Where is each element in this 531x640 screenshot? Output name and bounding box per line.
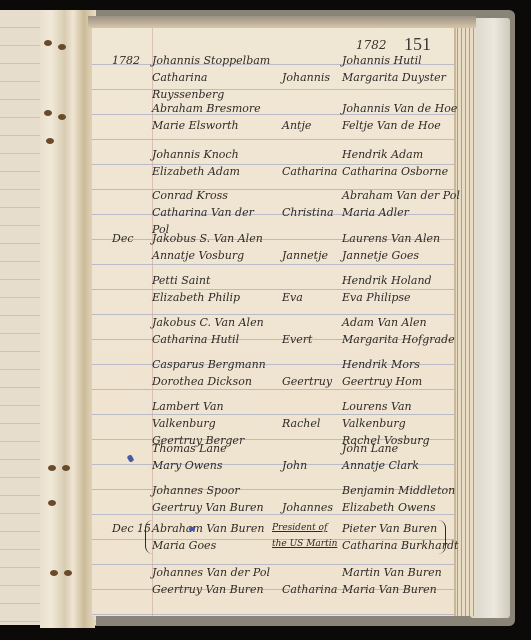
stitch-hole xyxy=(48,500,56,506)
sponsor: Hendrik Mors xyxy=(342,356,462,373)
child-name: Johannis xyxy=(282,69,330,86)
sponsor: Catharina Osborne xyxy=(342,163,462,180)
stitch-hole xyxy=(58,114,66,120)
blue-ink-mark xyxy=(189,527,195,531)
parents: Casparus BergmannDorothea Dickson xyxy=(152,356,272,390)
mother: Geertruy Van Buren xyxy=(152,581,272,598)
sponsors: Benjamin MiddletonElizabeth Owens xyxy=(342,482,462,516)
parents: Johannis KnochElizabeth Adam xyxy=(152,146,272,180)
parents: Petti SaintElizabeth Philip xyxy=(152,272,272,306)
sponsor: Martin Van Buren xyxy=(342,564,462,581)
sponsor: Benjamin Middleton xyxy=(342,482,462,499)
child-name: Catharina xyxy=(282,163,337,180)
sponsors: Johannis HutilMargarita Duyster xyxy=(342,52,462,86)
mother: Elizabeth Philip xyxy=(152,289,272,306)
parents: Abraham Van BurenMaria Goes xyxy=(152,520,272,554)
child-name: President of the US Martin xyxy=(272,520,342,552)
child-name: Geertruy xyxy=(282,373,332,390)
sponsor: Laurens Van Alen xyxy=(342,230,462,247)
sponsors: Adam Van AlenMargarita Hofgrade xyxy=(342,314,462,348)
sponsor: Eva Philipse xyxy=(342,289,462,306)
sponsor: Lourens Van Valkenburg xyxy=(342,398,462,432)
mother: Marie Elsworth xyxy=(152,117,272,134)
sponsor: Abraham Van der Pol xyxy=(342,187,462,204)
sponsor: Margarita Duyster xyxy=(342,69,462,86)
sponsor: Feltje Van de Hoe xyxy=(342,117,462,134)
sponsor: Geertruy Hom xyxy=(342,373,462,390)
entries-container: 1782 Johannis StoppelbamCatharina Ruysse… xyxy=(92,0,454,640)
sponsor: Margarita Hofgrade xyxy=(342,331,462,348)
stitch-hole xyxy=(44,40,52,46)
parents: Johannes SpoorGeertruy Van Buren xyxy=(152,482,272,516)
father: Casparus Bergmann xyxy=(152,356,272,373)
stitch-hole xyxy=(46,138,54,144)
father: Conrad Kross xyxy=(152,187,272,204)
father: Thomas Lane xyxy=(152,440,272,457)
stitch-hole xyxy=(48,465,56,471)
mother: Catharina Hutil xyxy=(152,331,272,348)
parents: Johannis StoppelbamCatharina Ruyssenberg xyxy=(152,52,272,103)
sponsor: Johannis Van de Hoe xyxy=(342,100,462,117)
parents: Thomas LaneMary Owens xyxy=(152,440,272,474)
father: Johannis Knoch xyxy=(152,146,272,163)
father: Abraham Van Buren xyxy=(152,520,272,537)
sponsors: Abraham Van der PolMaria Adler xyxy=(342,187,462,221)
child-name: Jannetje xyxy=(282,247,328,264)
stitch-hole xyxy=(58,44,66,50)
sponsor: Johannis Hutil xyxy=(342,52,462,69)
sponsor: Annatje Clark xyxy=(342,457,462,474)
mother: Maria Goes xyxy=(152,537,272,554)
parents: Jakobus C. Van AlenCatharina Hutil xyxy=(152,314,272,348)
father: Johannis Stoppelbam xyxy=(152,52,272,69)
sponsors: John LaneAnnatje Clark xyxy=(342,440,462,474)
entry-date: 1782 xyxy=(112,52,140,69)
sponsor: Elizabeth Owens xyxy=(342,499,462,516)
sponsors: Hendrik MorsGeertruy Hom xyxy=(342,356,462,390)
stitch-hole xyxy=(44,110,52,116)
parents: Johannes Van der PolGeertruy Van Buren xyxy=(152,564,272,598)
child-name: Christina xyxy=(282,204,334,221)
father: Petti Saint xyxy=(152,272,272,289)
sponsor: Hendrik Holand xyxy=(342,272,462,289)
child-name: Johannes xyxy=(282,499,333,516)
father: Johannes Spoor xyxy=(152,482,272,499)
sponsor: Hendrik Adam xyxy=(342,146,462,163)
right-bracket xyxy=(437,520,446,554)
sponsor: Adam Van Alen xyxy=(342,314,462,331)
father: Jakobus C. Van Alen xyxy=(152,314,272,331)
father: Johannes Van der Pol xyxy=(152,564,272,581)
sponsors: Johannis Van de HoeFeltje Van de Hoe xyxy=(342,100,462,134)
stitch-hole xyxy=(64,570,72,576)
child-name: Rachel xyxy=(282,415,320,432)
sponsors: Martin Van BurenMaria Van Buren xyxy=(342,564,462,598)
father: Jakobus S. Van Alen xyxy=(152,230,272,247)
parents: Jakobus S. Van AlenAnnatje Vosburg xyxy=(152,230,272,264)
stitch-hole xyxy=(62,465,70,471)
sponsor: Jannetje Goes xyxy=(342,247,462,264)
sponsor: John Lane xyxy=(342,440,462,457)
sponsor: Maria Van Buren xyxy=(342,581,462,598)
mother: Annatje Vosburg xyxy=(152,247,272,264)
sponsors: Laurens Van AlenJannetje Goes xyxy=(342,230,462,264)
mother: Dorothea Dickson xyxy=(152,373,272,390)
sponsors: Hendrik AdamCatharina Osborne xyxy=(342,146,462,180)
child-name: Eva xyxy=(282,289,303,306)
child-name: Antje xyxy=(282,117,311,134)
mother: Mary Owens xyxy=(152,457,272,474)
sponsors: Hendrik HolandEva Philipse xyxy=(342,272,462,306)
child-name: Catharina xyxy=(282,581,337,598)
child-name: Evert xyxy=(282,331,312,348)
father: Abraham Bresmore xyxy=(152,100,272,117)
back-board xyxy=(470,18,510,618)
mother: Geertruy Van Buren xyxy=(152,499,272,516)
binding-spine xyxy=(40,10,95,628)
mother: Elizabeth Adam xyxy=(152,163,272,180)
parents: Abraham BresmoreMarie Elsworth xyxy=(152,100,272,134)
stitch-hole xyxy=(50,570,58,576)
father: Lambert Van Valkenburg xyxy=(152,398,272,432)
entry-date: Dec xyxy=(112,230,134,247)
child-name: John xyxy=(282,457,307,474)
mother: Catharina Ruyssenberg xyxy=(152,69,272,103)
sponsor: Maria Adler xyxy=(342,204,462,221)
